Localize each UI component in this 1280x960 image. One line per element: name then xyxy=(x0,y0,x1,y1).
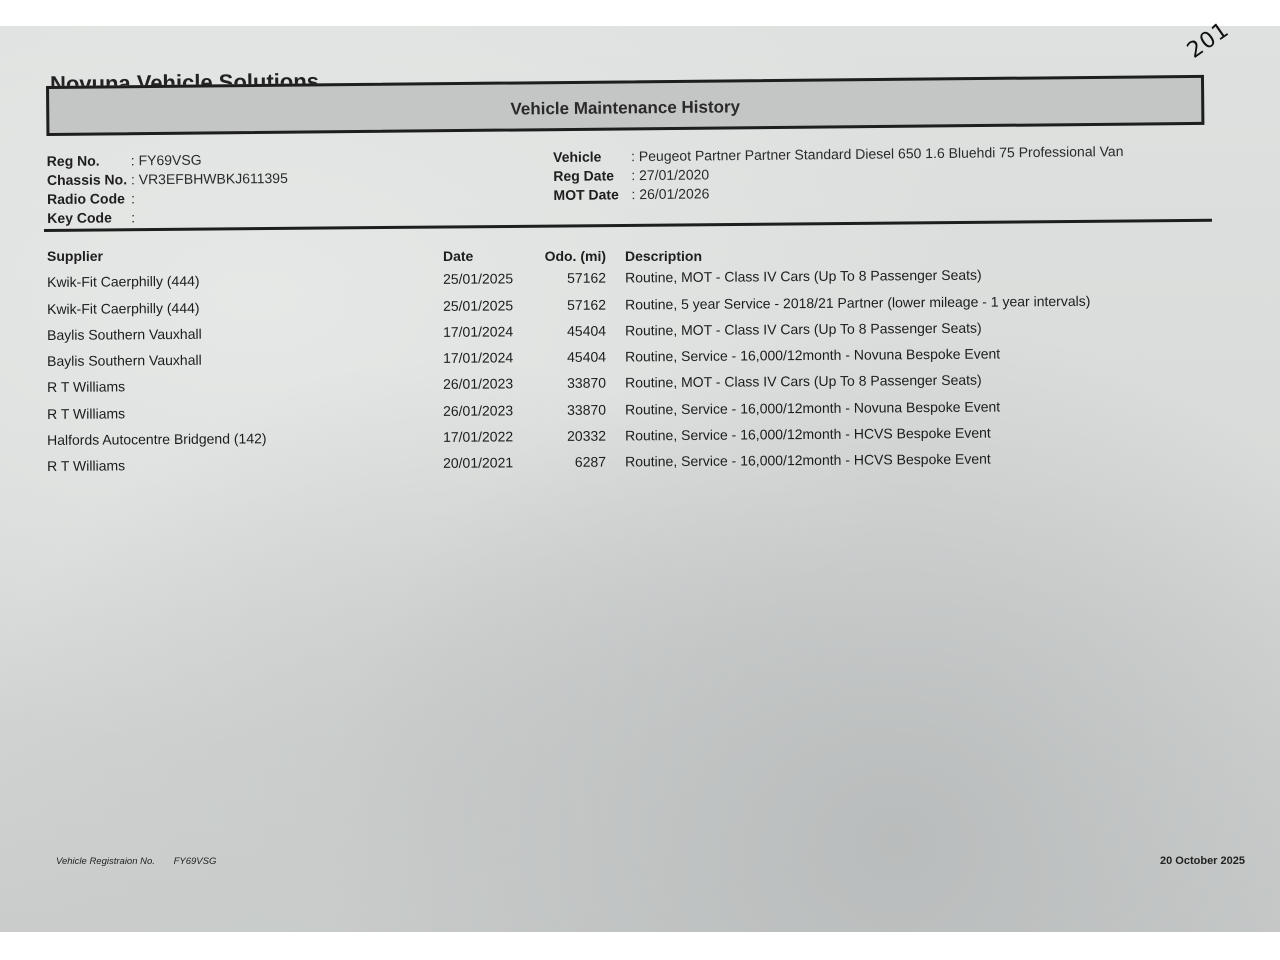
cell-date: 17/01/2022 xyxy=(443,428,513,445)
info-label: Key Code xyxy=(47,208,131,228)
info-value: VR3EFBHWBKJ611395 xyxy=(139,169,288,189)
vehicle-info-left: Reg No. : FY69VSG Chassis No. : VR3EFBHW… xyxy=(47,150,289,228)
info-label: Reg No. xyxy=(47,151,131,171)
cell-description: Routine, 5 year Service - 2018/21 Partne… xyxy=(625,292,1090,312)
column-header-date: Date xyxy=(443,248,473,264)
cell-date: 26/01/2023 xyxy=(443,402,513,419)
info-label: Chassis No. xyxy=(47,170,131,190)
info-colon: : xyxy=(131,151,139,170)
cell-supplier: Kwik-Fit Caerphilly (444) xyxy=(47,273,200,290)
cell-supplier: Halfords Autocentre Bridgend (142) xyxy=(47,430,267,448)
cell-odometer: 33870 xyxy=(526,401,606,418)
cell-date: 17/01/2024 xyxy=(443,350,513,367)
cell-odometer: 57162 xyxy=(526,296,606,313)
cell-supplier: R T Williams xyxy=(47,458,125,475)
cell-date: 26/01/2023 xyxy=(443,376,513,393)
cell-supplier: Baylis Southern Vauxhall xyxy=(47,326,202,343)
cell-odometer: 20332 xyxy=(526,428,606,445)
cell-supplier: R T Williams xyxy=(47,379,125,396)
info-row-radio-code: Radio Code : xyxy=(47,188,288,209)
info-label: Reg Date xyxy=(553,166,631,186)
cell-description: Routine, Service - 16,000/12month - Novu… xyxy=(625,398,1000,417)
info-value: 27/01/2020 xyxy=(639,165,709,185)
info-row-key-code: Key Code : xyxy=(47,207,288,228)
cell-description: Routine, MOT - Class IV Cars (Up To 8 Pa… xyxy=(625,372,982,391)
cell-odometer: 45404 xyxy=(526,322,606,339)
info-label: Vehicle xyxy=(553,147,631,167)
cell-supplier: Baylis Southern Vauxhall xyxy=(47,352,202,369)
cell-supplier: R T Williams xyxy=(47,405,125,422)
info-colon: : xyxy=(631,166,639,185)
info-value: FY69VSG xyxy=(138,151,201,171)
info-colon: : xyxy=(631,147,639,166)
info-row-reg-no: Reg No. : FY69VSG xyxy=(47,150,288,171)
cell-odometer: 57162 xyxy=(526,270,606,287)
cell-description: Routine, Service - 16,000/12month - Novu… xyxy=(625,346,1000,365)
cell-odometer: 33870 xyxy=(526,375,606,392)
cell-description: Routine, MOT - Class IV Cars (Up To 8 Pa… xyxy=(625,267,982,286)
cell-description: Routine, MOT - Class IV Cars (Up To 8 Pa… xyxy=(625,320,982,339)
cell-odometer: 45404 xyxy=(526,349,606,366)
cell-date: 17/01/2024 xyxy=(443,323,513,340)
column-header-odometer: Odo. (mi) xyxy=(526,248,606,264)
info-colon: : xyxy=(131,170,139,189)
info-label: MOT Date xyxy=(553,185,631,205)
document-title: Vehicle Maintenance History xyxy=(49,93,1201,124)
footer-reg-label: Vehicle Registraion No. xyxy=(56,856,155,867)
vehicle-info-right: Vehicle : Peugeot Partner Partner Standa… xyxy=(553,142,1124,205)
maintenance-table: Supplier Date Odo. (mi) Description Kwik… xyxy=(46,248,1126,485)
column-header-description: Description xyxy=(625,248,702,264)
footer-reg-value: FY69VSG xyxy=(174,856,217,867)
cell-date: 25/01/2025 xyxy=(443,271,513,288)
footer-registration: Vehicle Registraion No. FY69VSG xyxy=(56,856,216,867)
cell-date: 20/01/2021 xyxy=(443,455,513,472)
column-header-supplier: Supplier xyxy=(47,248,103,264)
info-colon: : xyxy=(631,185,639,204)
cell-date: 25/01/2025 xyxy=(443,297,513,314)
cell-description: Routine, Service - 16,000/12month - HCVS… xyxy=(625,425,991,444)
info-colon: : xyxy=(131,208,139,227)
cell-description: Routine, Service - 16,000/12month - HCVS… xyxy=(625,451,991,470)
info-value: 26/01/2026 xyxy=(639,184,709,204)
cell-supplier: Kwik-Fit Caerphilly (444) xyxy=(47,299,200,316)
footer-print-date: 20 October 2025 xyxy=(1160,855,1245,867)
cell-odometer: 6287 xyxy=(526,454,606,471)
info-row-chassis-no: Chassis No. : VR3EFBHWBKJ611395 xyxy=(47,169,288,190)
info-label: Radio Code xyxy=(47,189,131,209)
info-colon: : xyxy=(131,189,139,208)
